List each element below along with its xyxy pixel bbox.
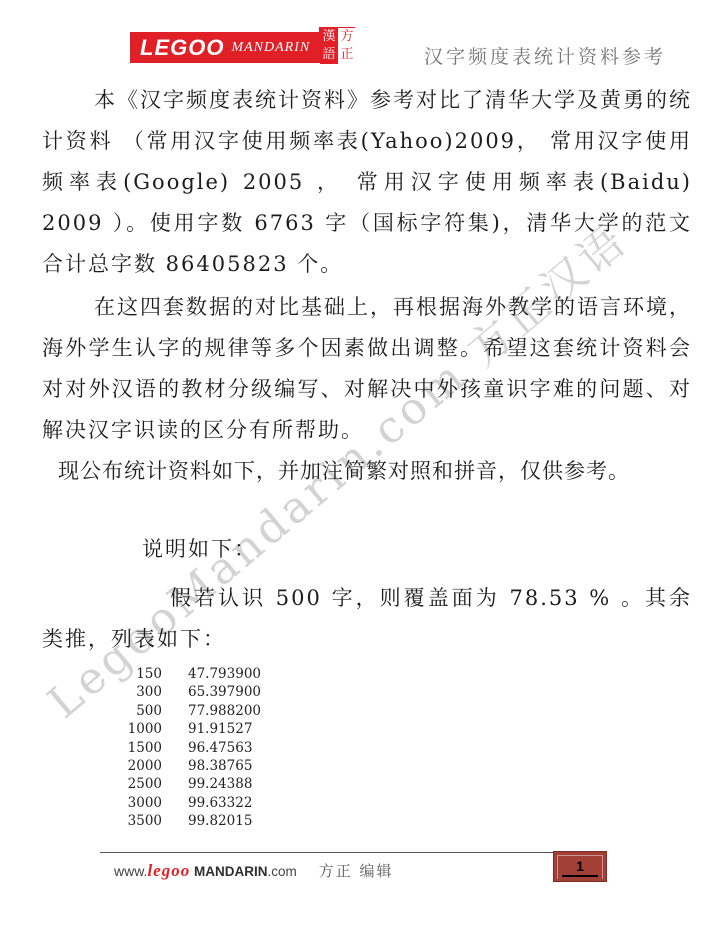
char-count-cell: 1000 (122, 720, 162, 738)
char-count-cell: 3500 (122, 812, 162, 830)
table-row: 350099.82015 (122, 812, 692, 830)
paragraph-note-label: 说明如下： (42, 529, 692, 570)
footer-editor-credit: 方正 编辑 (319, 862, 394, 880)
table-row: 100091.91527 (122, 720, 692, 738)
table-row: 150096.47563 (122, 739, 692, 757)
seal-char: 正 (338, 46, 356, 64)
page-number-box: 1 (553, 851, 607, 882)
coverage-percent-cell: 99.63322 (188, 794, 252, 812)
table-row: 200098.38765 (122, 757, 692, 775)
char-count-cell: 3000 (122, 794, 162, 812)
document-body: 本《汉字频度表统计资料》参考对比了清华大学及黄勇的统计资料 （常用汉字使用频率表… (0, 80, 728, 831)
paragraph-example: 假若认识 500 字，则覆盖面为 78.53 % 。其余类推，列表如下： (42, 578, 692, 660)
footer-brand-legoo: legoo (147, 861, 190, 880)
fangzheng-seal-icon: 漢 方 語 正 (319, 27, 355, 63)
coverage-percent-cell: 99.24388 (188, 775, 252, 793)
page-number-inner-frame: 1 (557, 855, 603, 879)
table-row: 15047.793900 (122, 665, 692, 683)
coverage-percent-cell: 77.988200 (188, 702, 261, 720)
coverage-percent-cell: 99.82015 (188, 812, 252, 830)
table-row: 300099.63322 (122, 794, 692, 812)
paragraph-publish: 现公布统计资料如下，并加注简繁对照和拼音，仅供参考。 (42, 451, 692, 492)
coverage-frequency-table: 15047.79390030065.39790050077.9882001000… (122, 665, 692, 831)
coverage-percent-cell: 47.793900 (188, 665, 261, 683)
table-row: 250099.24388 (122, 775, 692, 793)
page-number: 1 (562, 858, 598, 878)
char-count-cell: 2500 (122, 775, 162, 793)
table-row: 50077.988200 (122, 702, 692, 720)
char-count-cell: 300 (122, 683, 162, 701)
logo-brand-text: LEGOO (140, 37, 224, 59)
footer-www-prefix: www. (114, 863, 147, 879)
char-count-cell: 150 (122, 665, 162, 683)
legoo-mandarin-logo: LEGOO MANDARIN (130, 32, 320, 63)
document-header-title: 汉字频度表统计资料参考 (424, 42, 666, 69)
coverage-percent-cell: 91.91527 (188, 720, 252, 738)
char-count-cell: 500 (122, 702, 162, 720)
paragraph-adjustment: 在这四套数据的对比基础上，再根据海外教学的语言环境，海外学生认字的规律等多个因素… (42, 287, 692, 451)
char-count-cell: 2000 (122, 757, 162, 775)
document-page: LegooMandarin.com 方正汉语 LEGOO MANDARIN 漢 … (0, 0, 728, 943)
coverage-percent-cell: 65.397900 (188, 683, 261, 701)
footer-brand-mandarin: MANDARIN (190, 864, 267, 879)
char-count-cell: 1500 (122, 739, 162, 757)
table-row: 30065.397900 (122, 683, 692, 701)
page-header: LEGOO MANDARIN 漢 方 語 正 汉字频度表统计资料参考 (0, 0, 728, 66)
footer: www.legoo MANDARIN.com方正 编辑 (114, 860, 394, 881)
footer-divider (100, 852, 555, 853)
logo-sub-text: MANDARIN (231, 41, 310, 55)
footer-domain-suffix: .com (267, 864, 296, 879)
coverage-percent-cell: 98.38765 (188, 757, 252, 775)
paragraph-intro: 本《汉字频度表统计资料》参考对比了清华大学及黄勇的统计资料 （常用汉字使用频率表… (42, 80, 692, 285)
coverage-percent-cell: 96.47563 (188, 739, 252, 757)
seal-char: 漢 (320, 28, 338, 46)
seal-char: 方 (338, 28, 356, 46)
seal-char: 語 (320, 46, 338, 64)
